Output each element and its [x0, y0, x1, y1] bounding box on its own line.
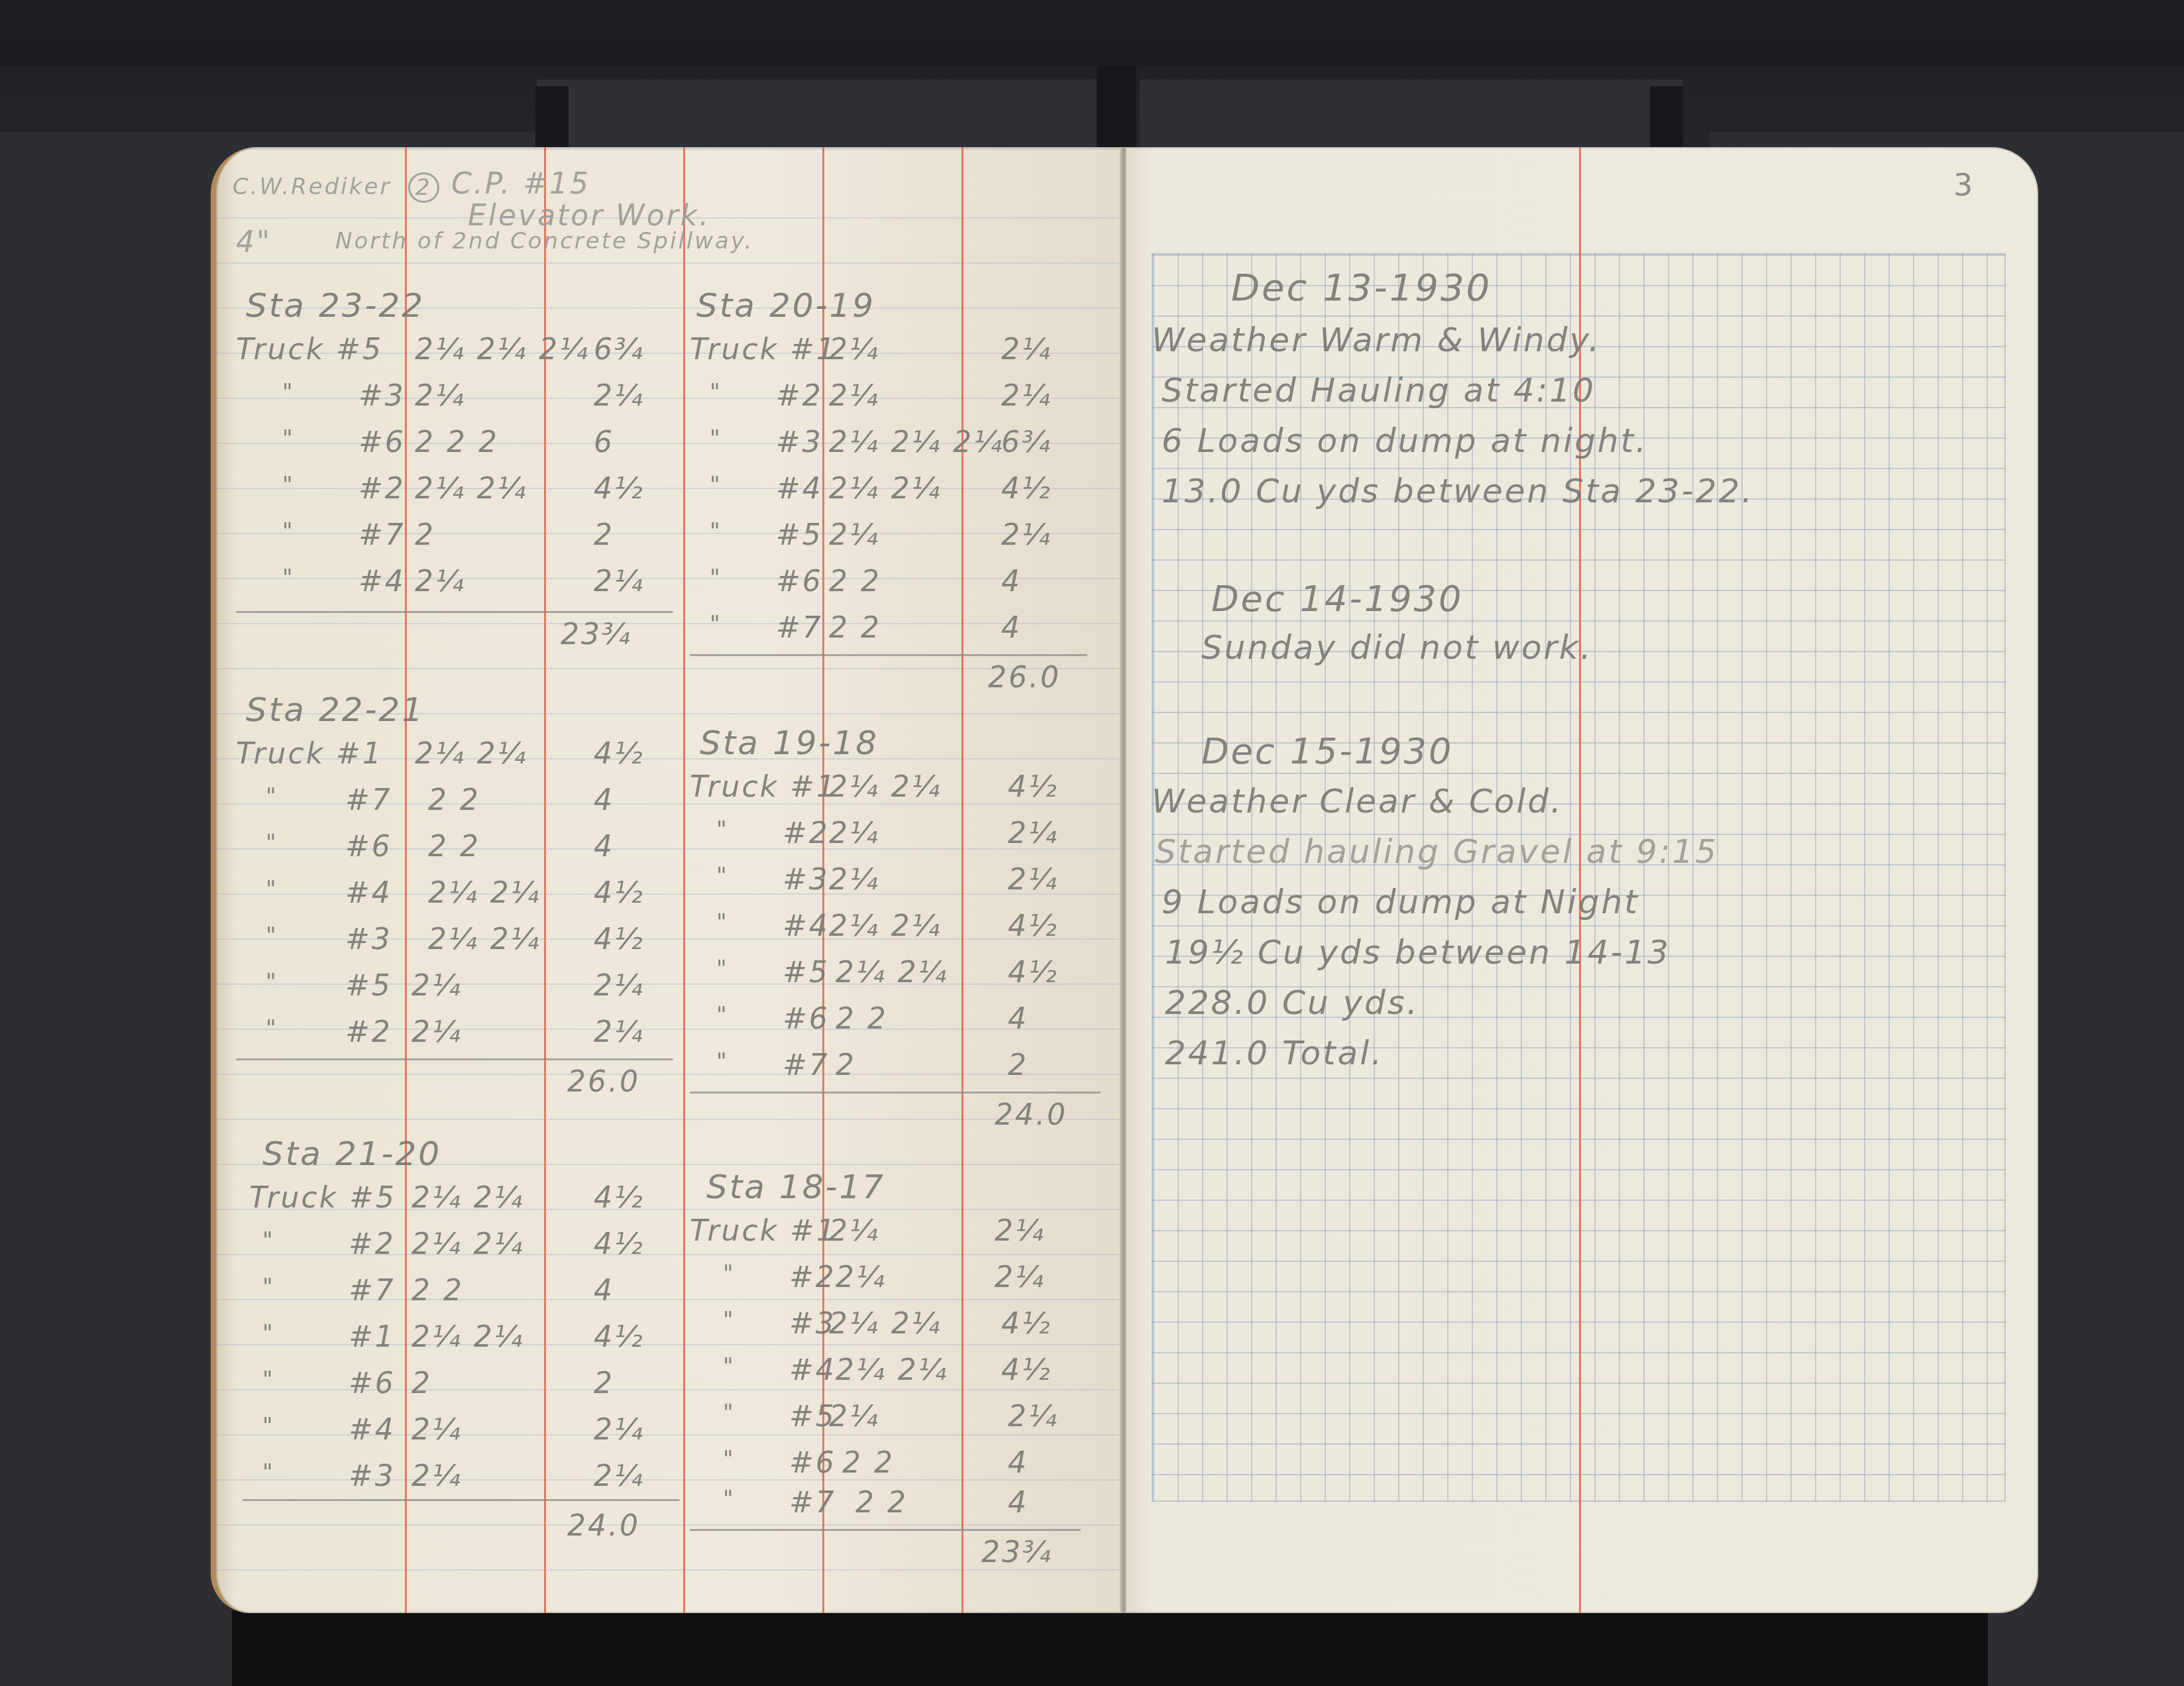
yds-cell: 2¼	[1001, 379, 1052, 413]
ditto-mark: "	[710, 565, 722, 591]
ditto-mark: "	[266, 969, 278, 995]
loads-cell: 2 2	[836, 1002, 888, 1036]
yds-cell: 2¼	[594, 379, 645, 413]
ditto-mark: "	[262, 1459, 275, 1486]
truck-cell: #2	[349, 1227, 396, 1261]
ditto-mark: "	[716, 863, 729, 889]
loads-cell: 2¼	[411, 1015, 463, 1049]
truck-cell: #4	[345, 876, 392, 910]
table-row: " #6 2 2 2 6	[236, 425, 673, 465]
header-author: C.W.Rediker	[233, 174, 391, 200]
ditto-mark: "	[723, 1261, 736, 1287]
table-row: " #7 2 2 4	[236, 783, 673, 823]
ditto-mark: "	[262, 1413, 275, 1439]
loads-cell: 2¼	[836, 1261, 887, 1294]
loads-cell: 2	[411, 1367, 432, 1400]
truck-cell: #7	[789, 1486, 836, 1520]
total-underline	[236, 611, 673, 613]
bottom-shadow	[232, 1610, 1988, 1686]
ditto-mark: "	[723, 1486, 736, 1512]
loads-cell: 2¼ 2¼ 2¼	[829, 425, 1004, 459]
table-row: " #7 2 2	[690, 1048, 1101, 1088]
truck-cell: #7	[783, 1048, 830, 1082]
yds-cell: 4½	[594, 1320, 645, 1354]
table-row: " #3 2¼ 2¼ 2¼ 6¾	[690, 425, 1101, 465]
loads-cell: 2¼ 2¼	[428, 876, 541, 910]
truck-cell: #6	[783, 1002, 830, 1036]
table-row: " #3 2¼ 2¼	[690, 863, 1101, 903]
entry-line: Started Hauling at 4:10	[1162, 371, 1596, 410]
truck-cell: Truck #5	[236, 333, 383, 366]
yds-cell: 6¾	[594, 333, 645, 366]
loads-cell: 2¼	[829, 1400, 880, 1433]
yds-cell: 2¼	[594, 565, 645, 598]
yds-cell: 2¼	[1008, 816, 1059, 850]
loads-cell: 2¼	[829, 518, 880, 552]
loads-cell: 2¼	[829, 333, 880, 366]
section-sta-22-21: Sta 22-21 Truck #1 2¼ 2¼ 4½ " #7 2 2 4 "…	[236, 691, 673, 1101]
loads-cell: 2¼	[829, 1214, 880, 1248]
section-sta-23-22: Sta 23-22 Truck #5 2¼ 2¼ 2¼ 6¾ " #3 2¼ 2…	[236, 286, 673, 657]
loads-cell: 2¼	[829, 379, 880, 413]
truck-cell: #6	[358, 425, 406, 459]
table-row: " #6 2 2 4	[690, 565, 1101, 604]
table-row: " #5 2¼ 2¼ 4½	[690, 956, 1101, 995]
ditto-mark: "	[710, 472, 722, 498]
stand-bar-top	[0, 40, 2184, 66]
ditto-mark: "	[262, 1274, 275, 1300]
truck-cell: #3	[776, 425, 823, 459]
station-label: Sta 23-22	[246, 286, 425, 325]
yds-cell: 4½	[1008, 770, 1059, 804]
truck-cell: #2	[783, 816, 830, 850]
loads-cell: 2¼	[411, 1413, 463, 1447]
truck-cell: #5	[345, 969, 392, 1003]
yds-cell: 2¼	[1001, 518, 1052, 552]
entry-line: 6 Loads on dump at night.	[1162, 421, 1648, 460]
ditto-mark: "	[282, 379, 295, 406]
ditto-mark: "	[710, 379, 722, 406]
loads-cell: 2	[415, 518, 435, 552]
ditto-mark: "	[716, 1048, 729, 1075]
table-row: " #1 2¼ 2¼ 4½	[249, 1320, 673, 1360]
truck-cell: #4	[776, 472, 823, 506]
section-sta-20-19: Sta 20-19 Truck #1 2¼ 2¼ " #2 2¼ 2¼ " #3…	[690, 286, 1101, 697]
loads-cell: 2¼ 2¼	[829, 1307, 942, 1341]
truck-cell: #2	[776, 379, 823, 413]
loads-cell: 2 2	[428, 830, 480, 864]
truck-cell: #6	[789, 1446, 836, 1480]
header-circled-number: 2	[408, 172, 439, 203]
yds-cell: 4½	[594, 737, 645, 771]
section-total: 23¾	[981, 1536, 1053, 1569]
ditto-mark: "	[710, 611, 722, 638]
loads-cell: 2¼ 2¼	[411, 1320, 524, 1354]
ditto-mark: "	[282, 472, 295, 498]
loads-cell: 2¼ 2¼	[415, 737, 527, 771]
ditto-mark: "	[266, 876, 278, 903]
ditto-mark: "	[710, 518, 722, 545]
table-row: " #3 2¼ 2¼	[249, 1459, 673, 1499]
margin-red-rule	[1579, 147, 1581, 1613]
truck-cell: Truck #1	[690, 333, 837, 366]
truck-cell: #2	[358, 472, 406, 506]
truck-cell: #7	[776, 611, 823, 645]
loads-cell: 2 2	[855, 1486, 908, 1520]
section-sta-21-20: Sta 21-20 Truck #5 2¼ 2¼ 4½ " #2 2¼ 2¼ 4…	[249, 1135, 673, 1545]
ditto-mark: "	[266, 830, 278, 856]
loads-cell: 2¼ 2¼	[829, 472, 942, 506]
section-total: 26.0	[567, 1065, 640, 1099]
loads-cell: 2¼	[829, 863, 880, 897]
entry-line: Weather Clear & Cold.	[1152, 782, 1563, 820]
ditto-mark: "	[262, 1367, 275, 1393]
loads-cell: 2¼ 2¼	[829, 770, 942, 804]
loads-cell: 2¼ 2¼ 2¼	[415, 333, 590, 366]
table-row: Truck #1 2¼ 2¼ 4½	[236, 737, 673, 777]
table-row: " #6 2 2 4	[690, 1002, 1101, 1042]
yds-cell: 6	[594, 425, 614, 459]
table-row: " #3 2¼ 2¼	[236, 379, 673, 419]
table-row: " #2 2¼ 2¼	[236, 1015, 673, 1055]
loads-cell: 2 2	[411, 1274, 464, 1308]
entry-date: Dec 13-1930	[1231, 266, 1492, 309]
truck-cell: #4	[358, 565, 406, 598]
section-total: 23¾	[561, 618, 632, 651]
truck-cell: Truck #1	[690, 1214, 837, 1248]
table-row: " #4 2¼ 2¼ 4½	[690, 1353, 1101, 1393]
table-row: " #4 2¼ 2¼ 4½	[690, 472, 1101, 512]
truck-cell: #6	[345, 830, 392, 864]
truck-cell: #6	[349, 1367, 396, 1400]
entry-line: 241.0 Total.	[1165, 1034, 1384, 1072]
truck-cell: #3	[345, 923, 392, 956]
truck-cell: #3	[349, 1459, 396, 1493]
header-size: 4"	[236, 225, 272, 259]
right-page-grid: 3 Dec 13-1930 Weather Warm & Windy. Star…	[1125, 147, 2038, 1613]
table-row: Truck #1 2¼ 2¼	[690, 333, 1101, 372]
table-row: Truck #5 2¼ 2¼ 2¼ 6¾	[236, 333, 673, 372]
station-label: Sta 18-17	[706, 1168, 885, 1206]
loads-cell: 2¼ 2¼	[836, 956, 948, 989]
table-row: Truck #5 2¼ 2¼ 4½	[249, 1181, 673, 1221]
yds-cell: 2¼	[995, 1214, 1046, 1248]
yds-cell: 4	[594, 1274, 614, 1308]
yds-cell: 4	[594, 783, 614, 817]
truck-cell: Truck #1	[690, 770, 837, 804]
yds-cell: 2¼	[594, 969, 645, 1003]
entry-line: 228.0 Cu yds.	[1165, 983, 1419, 1022]
section-sta-19-18: Sta 19-18 Truck #1 2¼ 2¼ 4½ " #2 2¼ 2¼ "…	[690, 724, 1101, 1135]
yds-cell: 4½	[1001, 1353, 1052, 1387]
table-row: Truck #1 2¼ 2¼ 4½	[690, 770, 1101, 810]
loads-cell: 2¼ 2¼	[836, 1353, 948, 1387]
ditto-mark: "	[262, 1320, 275, 1347]
yds-cell: 4½	[594, 1227, 645, 1261]
loads-cell: 2 2	[428, 783, 480, 817]
truck-cell: #5	[776, 518, 823, 552]
section-sta-18-17: Sta 18-17 Truck #1 2¼ 2¼ " #2 2¼ 2¼ " #3…	[690, 1168, 1101, 1579]
ditto-mark: "	[716, 909, 729, 936]
header-location: North of 2nd Concrete Spillway.	[335, 228, 753, 254]
truck-cell: #2	[345, 1015, 392, 1049]
total-underline	[236, 1058, 673, 1060]
ditto-mark: "	[262, 1227, 275, 1254]
yds-cell: 4½	[1008, 956, 1059, 989]
total-underline	[690, 1092, 1101, 1094]
table-row: " #7 2 2 4	[249, 1274, 673, 1314]
truck-cell: #7	[358, 518, 406, 552]
yds-cell: 4½	[1001, 1307, 1052, 1341]
entry-line: 9 Loads on dump at Night	[1162, 883, 1639, 921]
ditto-mark: "	[723, 1307, 736, 1333]
truck-cell: Truck #1	[236, 737, 383, 771]
table-row: " #7 2 2	[236, 518, 673, 558]
loads-cell: 2 2	[829, 611, 881, 645]
table-row: " #7 2 2 4	[690, 611, 1101, 651]
yds-cell: 4½	[594, 472, 645, 506]
total-underline	[243, 1499, 680, 1501]
yds-cell: 4½	[594, 876, 645, 910]
truck-cell: #4	[783, 909, 830, 943]
entry-line: Started hauling Gravel at 9:15	[1155, 832, 1718, 871]
table-row: " #5 2¼ 2¼	[690, 1400, 1101, 1439]
section-total: 24.0	[567, 1509, 640, 1543]
station-label: Sta 21-20	[262, 1135, 441, 1173]
truck-cell: #7	[345, 783, 392, 817]
loads-cell: 2¼ 2¼	[411, 1181, 524, 1215]
yds-cell: 4	[1001, 611, 1022, 645]
section-total: 26.0	[988, 661, 1061, 695]
loads-cell: 2¼ 2¼	[428, 923, 541, 956]
yds-cell: 2¼	[1001, 333, 1052, 366]
ditto-mark: "	[723, 1353, 736, 1380]
loads-cell: 2¼	[415, 379, 466, 413]
total-underline	[690, 654, 1087, 656]
truck-cell: #2	[789, 1261, 836, 1294]
loads-cell: 2¼ 2¼	[829, 909, 942, 943]
yds-cell: 4	[1001, 565, 1022, 598]
entry-line: 13.0 Cu yds between Sta 23-22.	[1162, 472, 1754, 510]
entry-line: Weather Warm & Windy.	[1152, 321, 1601, 359]
truck-cell: #3	[358, 379, 406, 413]
entry-date: Dec 15-1930	[1201, 730, 1453, 772]
yds-cell: 2	[594, 1367, 614, 1400]
page-number: 3	[1953, 167, 1973, 203]
table-row: " #6 2 2 4	[236, 830, 673, 870]
table-row: " #2 2¼ 2¼ 4½	[236, 472, 673, 512]
truck-cell: #3	[783, 863, 830, 897]
yds-cell: 4	[1008, 1002, 1028, 1036]
truck-cell: #1	[349, 1320, 396, 1354]
truck-cell: #6	[776, 565, 823, 598]
header-project: C.P. #15	[451, 167, 590, 201]
entry-date: Dec 14-1930	[1211, 578, 1463, 620]
loads-cell: 2	[836, 1048, 856, 1082]
station-label: Sta 19-18	[700, 724, 879, 762]
truck-cell: #5	[783, 956, 830, 989]
loads-cell: 2¼	[411, 969, 463, 1003]
yds-cell: 6¾	[1001, 425, 1052, 459]
yds-cell: 4	[594, 830, 614, 864]
truck-cell: #4	[349, 1413, 396, 1447]
total-underline	[690, 1529, 1081, 1531]
loads-cell: 2¼ 2¼	[415, 472, 527, 506]
table-row: " #4 2¼ 2¼	[249, 1413, 673, 1453]
loads-cell: 2¼	[829, 816, 880, 850]
open-notebook: C.W.Rediker 2 C.P. #15 Elevator Work. 4"…	[211, 147, 2038, 1613]
yds-cell: 4½	[594, 1181, 645, 1215]
yds-cell: 4½	[1008, 909, 1059, 943]
yds-cell: 2¼	[1008, 863, 1059, 897]
loads-cell: 2 2	[842, 1446, 895, 1480]
entry-line: Sunday did not work.	[1201, 628, 1593, 667]
table-row: Truck #1 2¼ 2¼	[690, 1214, 1101, 1254]
table-row: " #4 2¼ 2¼ 4½	[690, 909, 1101, 949]
ditto-mark: "	[723, 1446, 736, 1473]
ditto-mark: "	[266, 783, 278, 810]
table-row: " #7 2 2 4	[690, 1486, 1101, 1526]
red-rule-3	[683, 147, 685, 1613]
ditto-mark: "	[716, 956, 729, 982]
ditto-mark: "	[716, 1002, 729, 1029]
table-row: " #2 2¼ 2¼	[690, 816, 1101, 856]
ditto-mark: "	[710, 425, 722, 452]
truck-cell: #4	[789, 1353, 836, 1387]
truck-cell: #7	[349, 1274, 396, 1308]
table-row: " #4 2¼ 2¼	[236, 565, 673, 604]
truck-cell: Truck #5	[249, 1181, 396, 1215]
yds-cell: 2¼	[594, 1015, 645, 1049]
yds-cell: 2¼	[995, 1261, 1046, 1294]
left-page-ledger: C.W.Rediker 2 C.P. #15 Elevator Work. 4"…	[211, 147, 1130, 1613]
yds-cell: 2¼	[594, 1413, 645, 1447]
table-row: " #3 2¼ 2¼ 4½	[236, 923, 673, 962]
table-row: " #2 2¼ 2¼	[690, 379, 1101, 419]
ditto-mark: "	[282, 518, 295, 545]
table-row: " #5 2¼ 2¼	[690, 518, 1101, 558]
ditto-mark: "	[266, 1015, 278, 1042]
yds-cell: 4½	[1001, 472, 1052, 506]
table-row: " #6 2 2	[249, 1367, 673, 1406]
entry-line: 19½ Cu yds between 14-13	[1165, 933, 1670, 972]
loads-cell: 2¼ 2¼	[411, 1227, 524, 1261]
loads-cell: 2¼	[411, 1459, 463, 1493]
table-row: " #5 2¼ 2¼	[236, 969, 673, 1009]
table-row: " #2 2¼ 2¼ 4½	[249, 1227, 673, 1267]
yds-cell: 2¼	[594, 1459, 645, 1493]
station-label: Sta 22-21	[246, 691, 425, 729]
ditto-mark: "	[716, 816, 729, 843]
yds-cell: 4½	[594, 923, 645, 956]
ditto-mark: "	[282, 425, 295, 452]
ditto-mark: "	[723, 1400, 736, 1426]
loads-cell: 2 2 2	[415, 425, 499, 459]
table-row: " #3 2¼ 2¼ 4½	[690, 1307, 1101, 1347]
yds-cell: 2	[594, 518, 614, 552]
section-total: 24.0	[995, 1098, 1067, 1132]
yds-cell: 2	[1008, 1048, 1028, 1082]
yds-cell: 4	[1008, 1446, 1028, 1480]
loads-cell: 2¼	[415, 565, 466, 598]
ditto-mark: "	[282, 565, 295, 591]
table-row: " #6 2 2 4	[690, 1446, 1101, 1486]
table-row: " #2 2¼ 2¼	[690, 1261, 1101, 1300]
station-label: Sta 20-19	[696, 286, 875, 325]
yds-cell: 2¼	[1008, 1400, 1059, 1433]
yds-cell: 4	[1008, 1486, 1028, 1520]
table-row: " #4 2¼ 2¼ 4½	[236, 876, 673, 916]
loads-cell: 2 2	[829, 565, 881, 598]
ditto-mark: "	[266, 923, 278, 949]
